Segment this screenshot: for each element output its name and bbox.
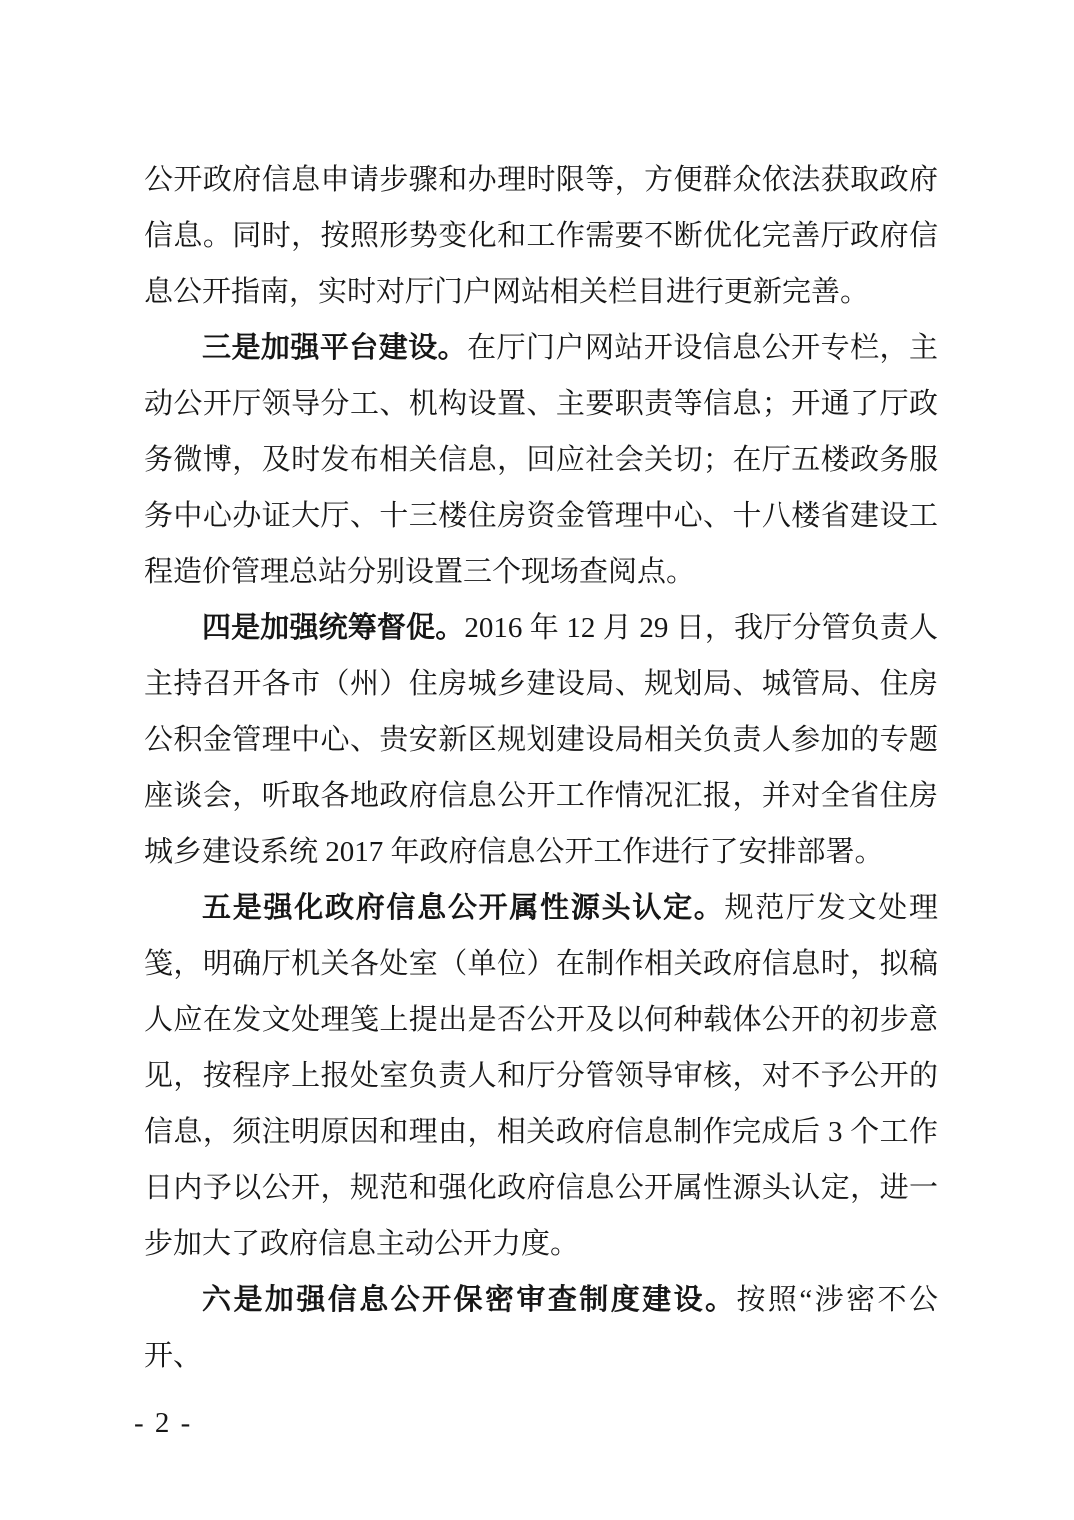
paragraph-body: 公开政府信息申请步骤和办理时限等，方便群众依法获取政府信息。同时，按照形势变化和… [144,164,938,308]
paragraph: 公开政府信息申请步骤和办理时限等，方便群众依法获取政府信息。同时，按照形势变化和… [144,152,938,320]
paragraph-lead: 三是加强平台建设。 [202,332,467,364]
paragraph: 六是加强信息公开保密审查制度建设。按照“涉密不公开、 [144,1272,938,1384]
paragraph-lead: 六是加强信息公开保密审查制度建设。 [202,1284,736,1316]
document-page: 公开政府信息申请步骤和办理时限等，方便群众依法获取政府信息。同时，按照形势变化和… [0,0,1074,1520]
paragraph-lead: 五是强化政府信息公开属性源头认定。 [202,892,725,924]
document-body: 公开政府信息申请步骤和办理时限等，方便群众依法获取政府信息。同时，按照形势变化和… [144,152,938,1384]
paragraph-body: 2016 年 12 月 29 日，我厅分管负责人主持召开各市（州）住房城乡建设局… [144,612,938,868]
paragraph: 三是加强平台建设。在厅门户网站开设信息公开专栏，主动公开厅领导分工、机构设置、主… [144,320,938,600]
paragraph: 四是加强统筹督促。2016 年 12 月 29 日，我厅分管负责人主持召开各市（… [144,600,938,880]
paragraph-body: 规范厅发文处理笺，明确厅机关各处室（单位）在制作相关政府信息时，拟稿人应在发文处… [144,892,938,1260]
paragraph: 五是强化政府信息公开属性源头认定。规范厅发文处理笺，明确厅机关各处室（单位）在制… [144,880,938,1272]
page-number: - 2 - [134,1406,192,1440]
paragraph-lead: 四是加强统筹督促。 [202,612,464,644]
paragraph-body: 在厅门户网站开设信息公开专栏，主动公开厅领导分工、机构设置、主要职责等信息；开通… [144,332,938,588]
